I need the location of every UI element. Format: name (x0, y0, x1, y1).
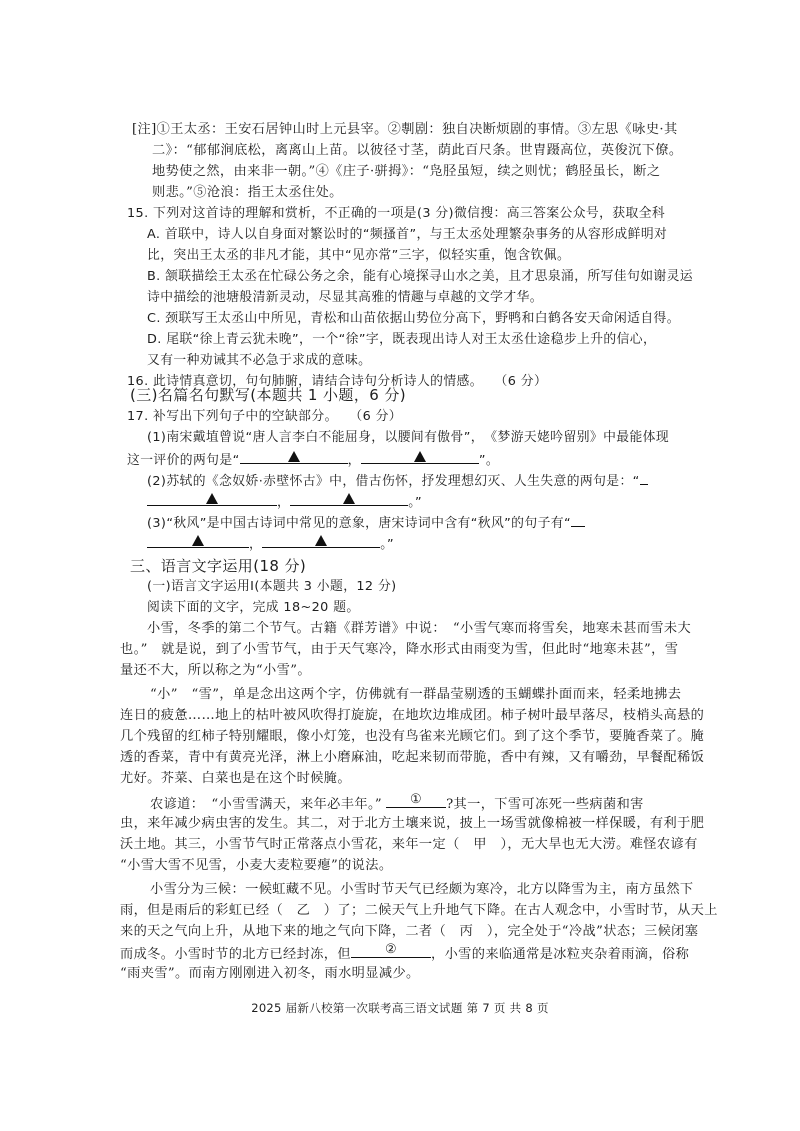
answer-blank-start[interactable] (640, 470, 648, 485)
q17-item1-line2: 这一评价的两句是“，”。 (127, 449, 499, 471)
para1-line1: 小雪，冬季的第二个节气。古籍《群芳谱》中说： “小雪气寒而将雪矣，地寒未甚而雪未… (147, 619, 691, 639)
para4-line5: “雨夹雪”。而南方刚刚进入初冬，雨水明显减少。 (120, 964, 420, 984)
comma: ， (249, 537, 262, 552)
q15-option-a-line1: A. 首联中，诗人以自身面对繁讼时的“频搔首”，与王太丞处理繁杂事务的从容形成鲜… (147, 225, 667, 245)
q17-item2-text: (2)苏轼的《念奴娇·赤壁怀古》中，借古伤怀，抒发理想幻灭、人生失意的两句是：“ (147, 474, 640, 489)
q15-option-d-line1: D. 尾联“徐上青云犹未晚”，一个“徐”字，既表现出诗人对王太丞仕途稳步上升的信… (147, 330, 656, 350)
para4-line4-prefix: 而成冬。小雪时节的北方已经封冻，但 (120, 947, 351, 962)
triangle-marker-icon (288, 451, 300, 462)
q17-item1-prefix: 这一评价的两句是“ (127, 453, 240, 468)
exam-page: [注]①王太丞：王安石居钟山时上元县宰。②剸剧：独自决断烦剧的事情。③左思《咏史… (0, 0, 800, 1131)
q15-stem: 15. 下列对这首诗的理解和赏析，不正确的一项是(3 分)微信搜：高三答案公众号… (127, 204, 665, 224)
comma: ， (277, 495, 290, 510)
page-footer: 2025 届新八校第一次联考高三语文试题 第 7 页 共 8 页 (0, 1000, 800, 1016)
note-line-3: 地势使之然，由来非一朝。”④《庄子·骈拇》：“凫胫虽短，续之则忧；鹤胫虽长，断之 (152, 162, 660, 182)
blank-label-2: ② (351, 942, 431, 957)
q17-item3-text: (3)“秋风”是中国古诗词中常见的意象，唐宋诗词中含有“秋风”的句子有“ (147, 516, 571, 531)
para4-line3: 来的天之气向上升，从地下来的地之气向下降，二者（ 丙 ），完全处于“冷战”状态；… (120, 922, 698, 942)
para4-line1: 小雪分为三候：一候虹藏不见。小雪时节天气已经颇为寒冷，北方以降雪为主，南方虽然下 (150, 880, 694, 900)
q17-points: （6 分） (356, 409, 402, 424)
para3-line1: 农谚道： “小雪雪满天，来年必丰年。”①?其一，下雪可冻死一些病菌和害 (150, 793, 644, 815)
para1-line3: 量还不大，所以称之为“小雪”。 (120, 661, 311, 681)
answer-blank[interactable] (147, 533, 249, 548)
q15-option-a-line2: 比，突出王太丞的非凡才能，其中“见亦常”三字，似轻实重，饱含钦佩。 (147, 246, 570, 266)
para4-line4: 而成冬。小雪时节的北方已经封冻，但②，小雪的来临通常是冰粒夹杂着雨滴，俗称 (120, 943, 689, 965)
para2-line5: 尤好。芥菜、白菜也是在这个时候腌。 (120, 769, 351, 789)
answer-blank[interactable] (361, 449, 479, 464)
q15-option-c: C. 颈联写王太丞山中所见，青松和山苗依据山势位分高下，野鸭和白鹤各安天命闲适自… (147, 309, 680, 329)
q17-item2-line2: ，。” (147, 491, 422, 513)
answer-blank-1[interactable]: ① (386, 793, 446, 808)
q16-points: （6 分） (501, 374, 547, 389)
q17-item3-line1: (3)“秋风”是中国古诗词中常见的意象，唐宋诗词中含有“秋风”的句子有“ (147, 512, 585, 534)
triangle-marker-icon (206, 493, 218, 504)
para2-line3: 几个残留的红柿子特别耀眼，像小灯笼，也没有鸟雀来光顾它们。到了这个季节，要腌香菜… (120, 727, 704, 747)
para2-line1: “小” “雪”，单是念出这两个字，仿佛就有一群晶莹剔透的玉蝴蝶扑面而来，轻柔地拂… (150, 685, 681, 705)
q15-option-b-line2: 诗中描绘的池塘般清新灵动，尽显其高雅的情趣与卓越的文学才华。 (147, 288, 543, 308)
answer-blank[interactable] (290, 491, 408, 506)
answer-blank[interactable] (262, 533, 380, 548)
part-heading-language-use: 三、语言文字运用(18 分) (130, 556, 306, 576)
para3-line1-suffix: ?其一，下雪可冻死一些病菌和害 (446, 797, 644, 812)
note-line-1: [注]①王太丞：王安石居钟山时上元县宰。②剸剧：独自决断烦剧的事情。③左思《咏史… (132, 120, 678, 140)
answer-blank-2[interactable]: ② (351, 943, 431, 958)
para4-line2: 雨，但是雨后的彩虹已经（ 乙 ）了；二候天气上升地气下降。在古人观念中，小雪时节… (120, 901, 718, 921)
period-close: 。” (380, 537, 394, 552)
para2-line2: 连日的疲惫……地上的枯叶被风吹得打旋旋，在地坎边堆成团。柿子树叶最早落尽，枝梢头… (120, 706, 704, 726)
answer-blank[interactable] (147, 491, 277, 506)
blank-label-1: ① (386, 792, 446, 807)
triangle-marker-icon (315, 535, 327, 546)
section-heading-mingpian: (三)名篇名句默写(本题共 1 小题，6 分) (130, 385, 406, 405)
para3-proverb: 农谚道： “小雪雪满天，来年必丰年。” (150, 797, 382, 812)
q17-item2-line1: (2)苏轼的《念奴娇·赤壁怀古》中，借古伤怀，抒发理想幻灭、人生失意的两句是：“ (147, 470, 648, 492)
q15-option-b-line1: B. 颔联描绘王太丞在忙碌公务之余，能有心境探寻山水之美，且才思泉涌，所写佳句如… (147, 267, 693, 287)
period-close: 。” (408, 495, 422, 510)
q17-stem: 17. 补写出下列句子中的空缺部分。（6 分） (127, 407, 402, 427)
answer-blank-start[interactable] (571, 512, 585, 527)
reading-instruction: 阅读下面的文字，完成 18~20 题。 (147, 598, 360, 618)
triangle-marker-icon (192, 535, 204, 546)
para1-line2: 也。” 就是说，到了小雪节气，由于天气寒冷，降水形式由雨变为雪，但此时“地寒未甚… (120, 640, 678, 660)
triangle-marker-icon (343, 493, 355, 504)
q17-item3-line2: ，。” (147, 533, 394, 555)
comma: ， (348, 453, 361, 468)
q15-option-d-line2: 又有一种劝诫其不必急于求成的意味。 (147, 351, 371, 371)
q17-item1-line1: (1)南宋戴埴曾说“唐人言李白不能屈身，以腰间有傲骨”， 《梦游天姥吟留别》中最… (147, 428, 669, 448)
sub-heading-language-use-1: (一)语言文字运用Ⅰ(本题共 3 小题，12 分) (147, 577, 397, 597)
answer-blank[interactable] (240, 449, 348, 464)
q17-text: 17. 补写出下列句子中的空缺部分。 (127, 409, 338, 424)
triangle-marker-icon (414, 451, 426, 462)
para3-line4: “小雪大雪不见雪，小麦大麦粒要瘪”的说法。 (120, 856, 392, 876)
para3-line2: 虫，来年减少病虫害的发生。其二，对于北方土壤来说，披上一场雪就像棉被一样保暖，有… (120, 814, 704, 834)
para4-line4-suffix: ，小雪的来临通常是冰粒夹杂着雨滴，俗称 (431, 947, 689, 962)
close-quote: ”。 (479, 453, 499, 468)
note-line-4: 则悲。”⑤沧浪：指王太丞住处。 (152, 183, 343, 203)
note-line-2: 二》：“郁郁涧底松，离离山上苗。以彼径寸茎，荫此百尺条。世胄蹑高位，英俊沉下僚。 (152, 141, 682, 161)
para3-line3: 沃土地。其三，小雪节气时正常落点小雪花，来年一定（ 甲 ），无大旱也无大涝。难怪… (120, 835, 698, 855)
para2-line4: 透的香菜，青中有黄亮光泽，淋上小磨麻油，吃起来韧而带脆，香中有辣，又有嚼劲，早餐… (120, 748, 704, 768)
